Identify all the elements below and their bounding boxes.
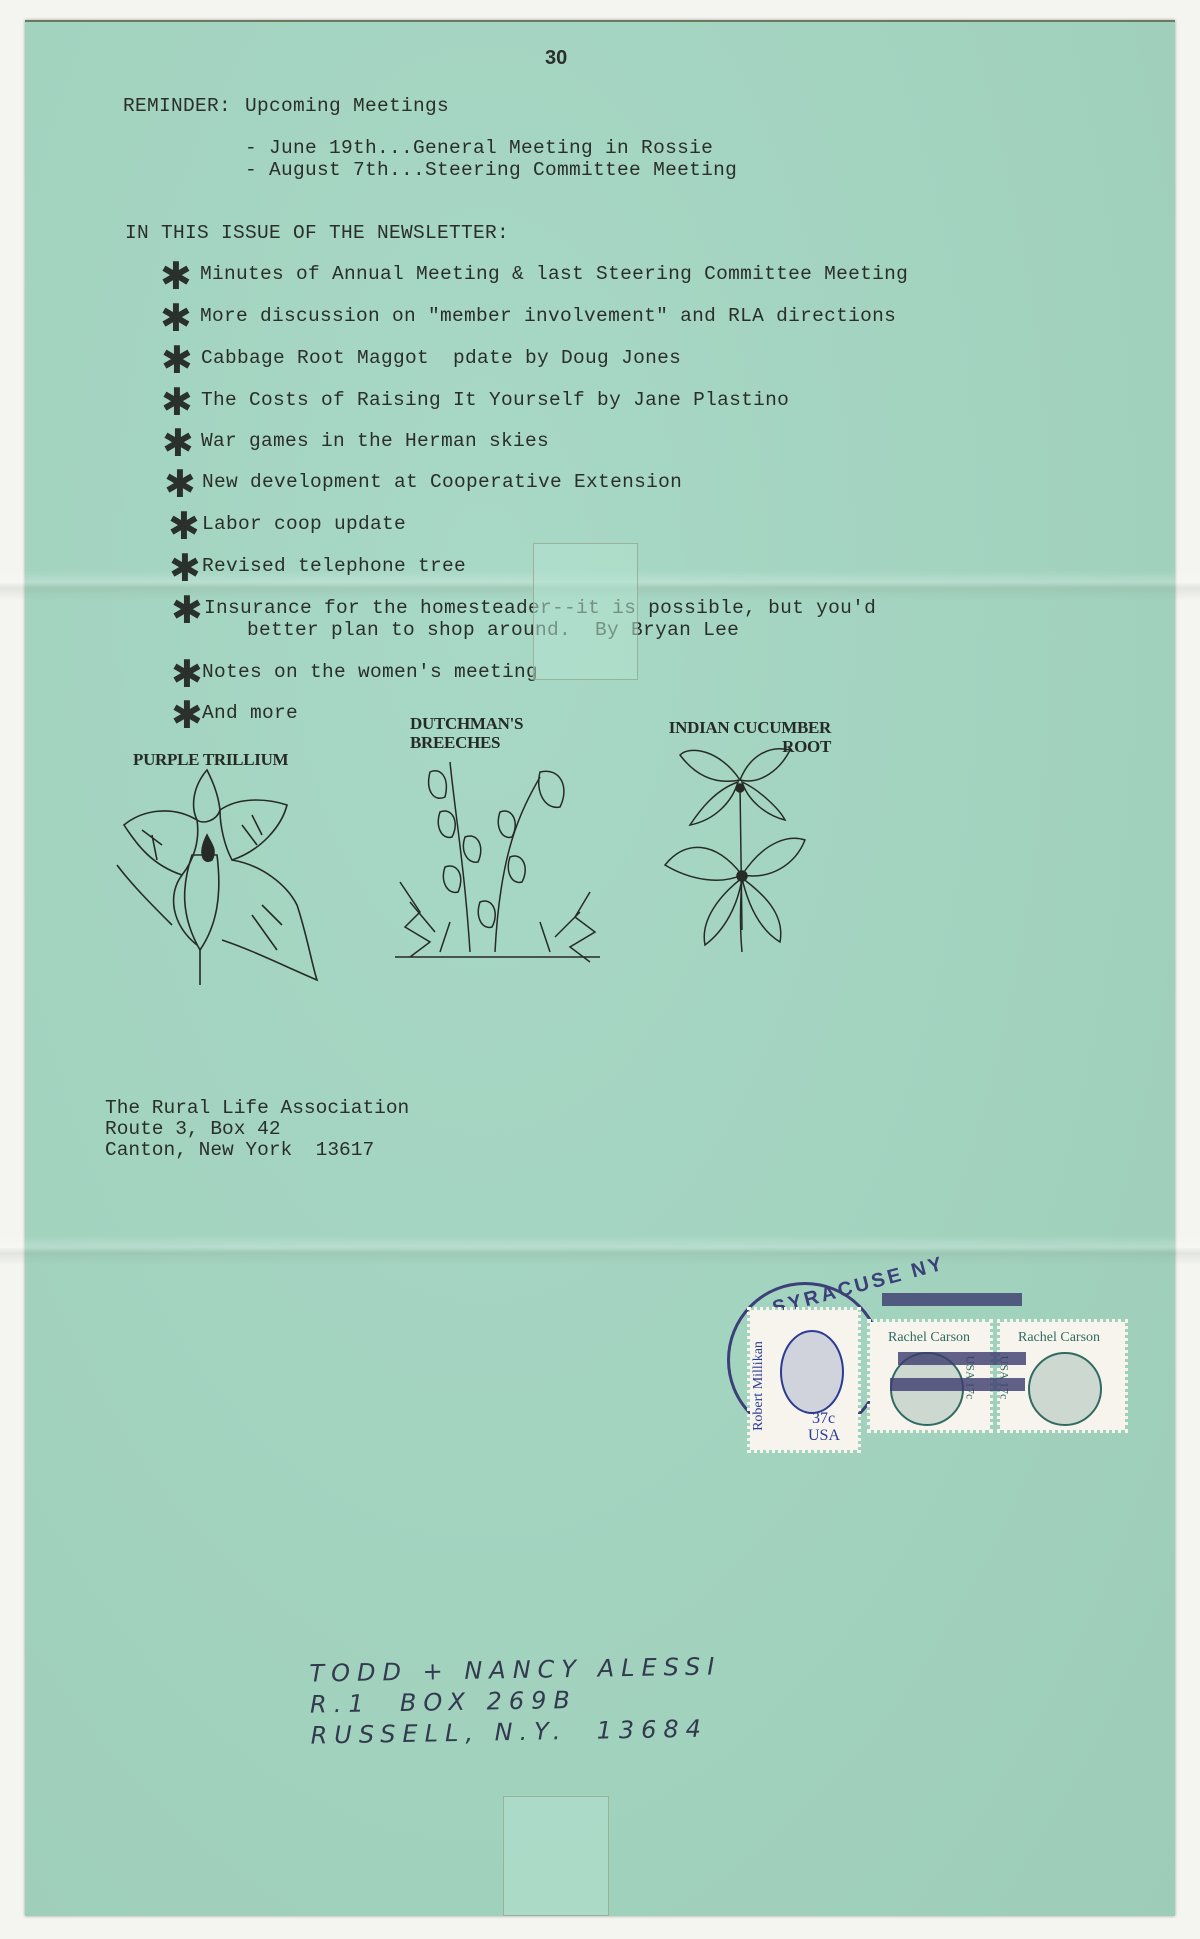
- asterisk-bullet-icon: ✱: [161, 341, 193, 379]
- issue-item: War games in the Herman skies: [201, 430, 549, 452]
- tape-piece: [533, 543, 638, 680]
- purple-trillium-illustration: [112, 765, 327, 985]
- issue-heading: IN THIS ISSUE OF THE NEWSLETTER:: [125, 222, 509, 244]
- asterisk-bullet-icon: ✱: [168, 507, 200, 545]
- cancellation-bar: [898, 1352, 1026, 1365]
- asterisk-bullet-icon: ✱: [164, 465, 196, 503]
- issue-item: Labor coop update: [202, 513, 406, 535]
- issue-item: Cabbage Root Maggot pdate by Doug Jones: [201, 347, 681, 369]
- issue-item: New development at Cooperative Extension: [202, 471, 682, 493]
- indian-cucumber-root-illustration: [660, 730, 810, 958]
- fold-crease: [0, 1235, 1200, 1265]
- return-address: The Rural Life AssociationRoute 3, Box 4…: [105, 1098, 409, 1161]
- stamp-carson: Rachel Carson USA 17c: [1000, 1322, 1125, 1430]
- meeting-item: - August 7th...Steering Committee Meetin…: [245, 159, 737, 181]
- dutchmans-breeches-illustration: [390, 752, 605, 967]
- portrait-icon: [780, 1330, 844, 1414]
- portrait-icon: [1028, 1352, 1102, 1426]
- cancellation-bar: [890, 1378, 1025, 1391]
- tape-piece: [503, 1796, 609, 1916]
- reminder-heading: Upcoming Meetings: [245, 95, 449, 117]
- illustration-title-dutchmans: Dutchman'sBreeches: [410, 714, 523, 752]
- recipient-address: TODD + NANCY ALESSIR.1 BOX 269BRUSSELL, …: [309, 1651, 722, 1751]
- asterisk-bullet-icon: ✱: [169, 549, 201, 587]
- asterisk-bullet-icon: ✱: [161, 383, 193, 421]
- asterisk-bullet-icon: ✱: [160, 257, 192, 295]
- reminder-label: REMINDER:: [123, 95, 231, 117]
- asterisk-bullet-icon: ✱: [171, 655, 203, 693]
- asterisk-bullet-icon: ✱: [171, 696, 203, 734]
- issue-item: More discussion on "member involvement" …: [200, 305, 896, 327]
- stamp-carson: Rachel Carson USA 17c: [870, 1322, 990, 1430]
- stamp-millikan: Robert Millikan 37c USA: [750, 1310, 858, 1450]
- asterisk-bullet-icon: ✱: [171, 591, 203, 629]
- issue-item: Revised telephone tree: [202, 555, 466, 577]
- issue-item: The Costs of Raising It Yourself by Jane…: [201, 389, 789, 411]
- issue-item: Notes on the women's meeting: [202, 661, 538, 683]
- asterisk-bullet-icon: ✱: [160, 299, 192, 337]
- cancellation-bar: [882, 1293, 1022, 1306]
- asterisk-bullet-icon: ✱: [162, 424, 194, 462]
- meeting-item: - June 19th...General Meeting in Rossie: [245, 137, 713, 159]
- issue-item-continuation: better plan to shop around. By Bryan Lee: [247, 619, 739, 641]
- issue-item: And more: [202, 702, 298, 724]
- page-number: 30: [545, 47, 567, 70]
- issue-item: Minutes of Annual Meeting & last Steerin…: [200, 263, 908, 285]
